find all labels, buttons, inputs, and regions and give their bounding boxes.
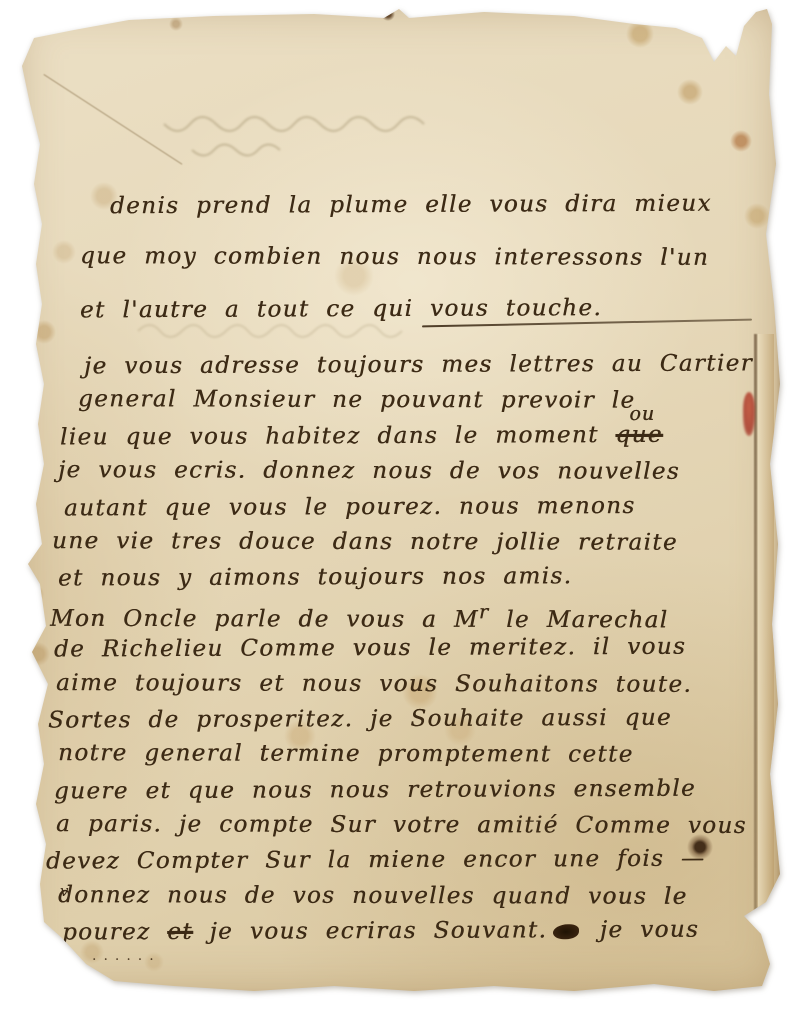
letter-line: de Richelieu Comme vous le meritez. il v… — [14, 633, 780, 672]
letter-line: general Monsieur ne pouvant prevoir le — [14, 386, 780, 423]
letter-line: aime toujours et nous vous Souhaitons to… — [14, 670, 780, 707]
opening-paragraph: denis prend la plume elle vous dira mieu… — [14, 192, 780, 348]
margin-mark: v — [60, 882, 68, 900]
letter-line: autant que vous le pourez. nous menons — [14, 492, 780, 531]
header-line: et l'autre a tout ce qui vous touche. — [14, 294, 780, 349]
paper-shadow: denis prend la plume elle vous dira mieu… — [0, 0, 795, 1024]
paper-sheet: denis prend la plume elle vous dira mieu… — [14, 4, 780, 996]
letter-line: lieu que vous habitez dans le moment que… — [14, 421, 780, 460]
letter-line: guere et que nous nous retrouvions ensem… — [14, 775, 780, 814]
letter-line: je vous adresse toujours mes lettres au … — [14, 350, 780, 389]
letter-line: devez Compter Sur la miene encor une foi… — [14, 846, 780, 885]
correction: queou — [615, 422, 662, 448]
inserted-word: ou — [629, 403, 655, 425]
letter-text: denis prend la plume elle vous dira mieu… — [14, 192, 780, 954]
header-line: que moy combien nous nous interessons l'… — [14, 243, 780, 297]
letter-photo: denis prend la plume elle vous dira mieu… — [0, 0, 795, 1024]
letter-line: et nous y aimons toujours nos amis. — [14, 563, 780, 602]
strikethrough-word: que — [615, 422, 662, 448]
letter-line: une vie tres douce dans notre jollie ret… — [14, 528, 780, 565]
superscript: r — [479, 600, 490, 623]
bleedthrough-text-ghost — [70, 96, 430, 166]
letter-line: Mon Oncle parle de vous a Mr le Marechal — [14, 599, 780, 636]
letter-line: a paris. je compte Sur votre amitié Comm… — [14, 811, 780, 848]
letter-line: je vous ecris. donnez nous de vos nouvel… — [14, 457, 780, 494]
ink-blot — [553, 924, 579, 939]
letter-line: donnez nous de vos nouvelles quand vous … — [14, 882, 780, 919]
under-dots: ...... — [92, 948, 161, 964]
strikethrough-word: et — [167, 919, 193, 945]
letter-line: notre general termine promptement cette — [14, 740, 780, 777]
letter-line: Sortes de prosperitez. je Souhaite aussi… — [14, 704, 780, 743]
header-line: denis prend la plume elle vous dira mieu… — [14, 190, 780, 245]
body-paragraph: je vous adresse toujours mes lettres au … — [14, 352, 780, 954]
